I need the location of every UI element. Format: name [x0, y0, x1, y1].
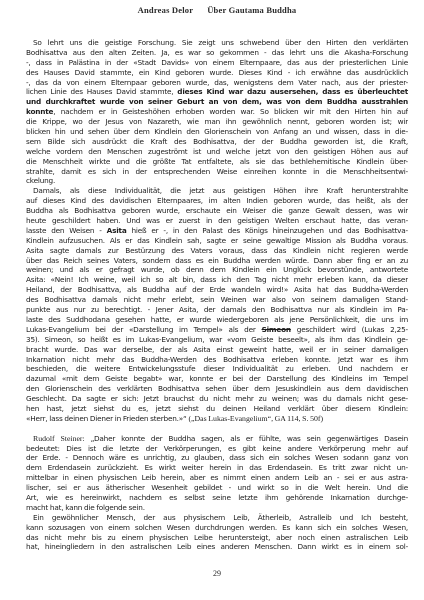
text-line: strahlte, damit es sich in der entsprech… [26, 167, 408, 177]
document-page: Andreas DelorÜber Gautama Buddha So lehr… [0, 0, 424, 600]
text-line: und durchkraftet wurde von seiner Geburt… [26, 97, 408, 107]
text-line: den Glorienschein des verklärten Bodhisa… [26, 384, 408, 394]
page-number: 29 [26, 569, 408, 578]
text-line: «Herr, lass deinen Diener in Frieden ste… [26, 414, 408, 424]
text-line: über das Reich seines Vaters, sondern da… [26, 256, 408, 266]
paragraph: So lehrt uns die geistige Forschung. Sie… [26, 38, 408, 186]
text-line: Lukas-Evangelium bei der «Darstellung im… [26, 325, 408, 335]
text-line: des Hauses David stammte, ein Kind gebor… [26, 68, 408, 78]
paragraph: Damals, als diese Individualität, die je… [26, 186, 408, 423]
text-line: das nicht mehr bis zu einem physischen L… [26, 533, 408, 543]
text-line: blicken hin und sehen über dem Kindlein … [26, 127, 408, 137]
text-line: Geschlecht. Da sagte er sich: Jetzt brau… [26, 394, 408, 404]
text-line: die Krippe, wo der Jesus von Nazareth, w… [26, 117, 408, 127]
header-author: Andreas Delor [138, 5, 194, 15]
text-line: bedeutet: Dies ist die letzte der Verkör… [26, 444, 408, 454]
text-line: punkte aus nur zu berechtigt. - Jener As… [26, 305, 408, 315]
text-line: Asita sagte damals zur Bestürzung des Va… [26, 246, 408, 256]
text-line: der Erde. - Dennoch wäre es unrichtig, z… [26, 453, 408, 463]
document-body: So lehrt uns die geistige Forschung. Sie… [26, 38, 408, 552]
text-line: konnte, nachdem er in Geisteshöhen erhob… [26, 107, 408, 117]
text-line: auf dieses Kind des davidischen Elternpa… [26, 196, 408, 206]
text-line: des Bodhisattva damals nicht mehr erlebt… [26, 295, 408, 305]
text-line: heute geschildert haben. Und was er zuer… [26, 216, 408, 226]
text-line: ckelung. [26, 176, 408, 186]
text-line: -, das da von einem Elternpaar geboren w… [26, 78, 408, 88]
text-line: mittelbar in einen physischen Leib herei… [26, 473, 408, 483]
text-line: bracht wurde. Das war derselbe, der als … [26, 345, 408, 355]
text-line: Heiland, der Bodhisattva, als Buddha auf… [26, 285, 408, 295]
text-line: macht hat, kann die folgende sein. [26, 503, 408, 513]
text-line: lasste den Weisen - Asita hieß er -, in … [26, 226, 408, 236]
text-line: 35). Simeon, so heißt es im Lukas-Evange… [26, 335, 408, 345]
text-line: hen hast, jetzt siehst du es, jetzt sieh… [26, 404, 408, 414]
text-line: die Menschheit wirkte und die größte Tat… [26, 157, 408, 167]
text-line: Asita: «Nein! Ich weine, weil ich so alt… [26, 275, 408, 285]
text-line: sem Bilde sich ausdrückt die Kraft des B… [26, 137, 408, 147]
text-line: Bodhisattva aus den alten Zeiten. Ja, es… [26, 48, 408, 58]
text-line: Damals, als diese Individualität, die je… [26, 186, 408, 196]
text-line: dem Erdendasein zurückzieht. Es wirkt we… [26, 463, 408, 473]
text-line: -, dass in Palästina in der «Stadt David… [26, 58, 408, 68]
text-line: So lehrt uns die geistige Forschung. Sie… [26, 38, 408, 48]
text-line: welche vordem den Menschen zugeströmt is… [26, 147, 408, 157]
paragraph: Rudolf Steiner: „Daher konnte der Buddha… [26, 434, 408, 513]
text-line: Rudolf Steiner: „Daher konnte der Buddha… [26, 434, 408, 444]
text-line: weinen; und als er gefragt wurde, ob den… [26, 265, 408, 275]
text-line: lichen Linie des Hauses David stammte, d… [26, 87, 408, 97]
paragraph: Ein gewöhnlicher Mensch, der aus physisc… [26, 513, 408, 553]
text-line: lischer, sei er aus ätherischer Wesenhei… [26, 483, 408, 493]
text-line: kann sozusagen von einem solchen Wesen d… [26, 523, 408, 533]
text-line: beschieden, die weitere Entwickelungsstu… [26, 364, 408, 374]
text-line: Kindlein aufzusuchen. Als er das Kindlei… [26, 236, 408, 246]
text-line: laste des Suddhodana gesehen hatte, er w… [26, 315, 408, 325]
text-line: hat, hineingliedern in den astralischen … [26, 542, 408, 552]
text-line: Buddha als Bodhisattva geboren wurde, er… [26, 206, 408, 216]
header-title: Über Gautama Buddha [207, 5, 296, 15]
page-header: Andreas DelorÜber Gautama Buddha [26, 5, 408, 15]
text-line: Inkarnation nicht mehr das Buddha-Werden… [26, 355, 408, 365]
text-line: dazumal «mit dem Geiste begabt» war, kon… [26, 374, 408, 384]
text-line: Ein gewöhnlicher Mensch, der aus physisc… [26, 513, 408, 523]
text-line: Art, wie es hereinwirkt, nachdem es selb… [26, 493, 408, 503]
